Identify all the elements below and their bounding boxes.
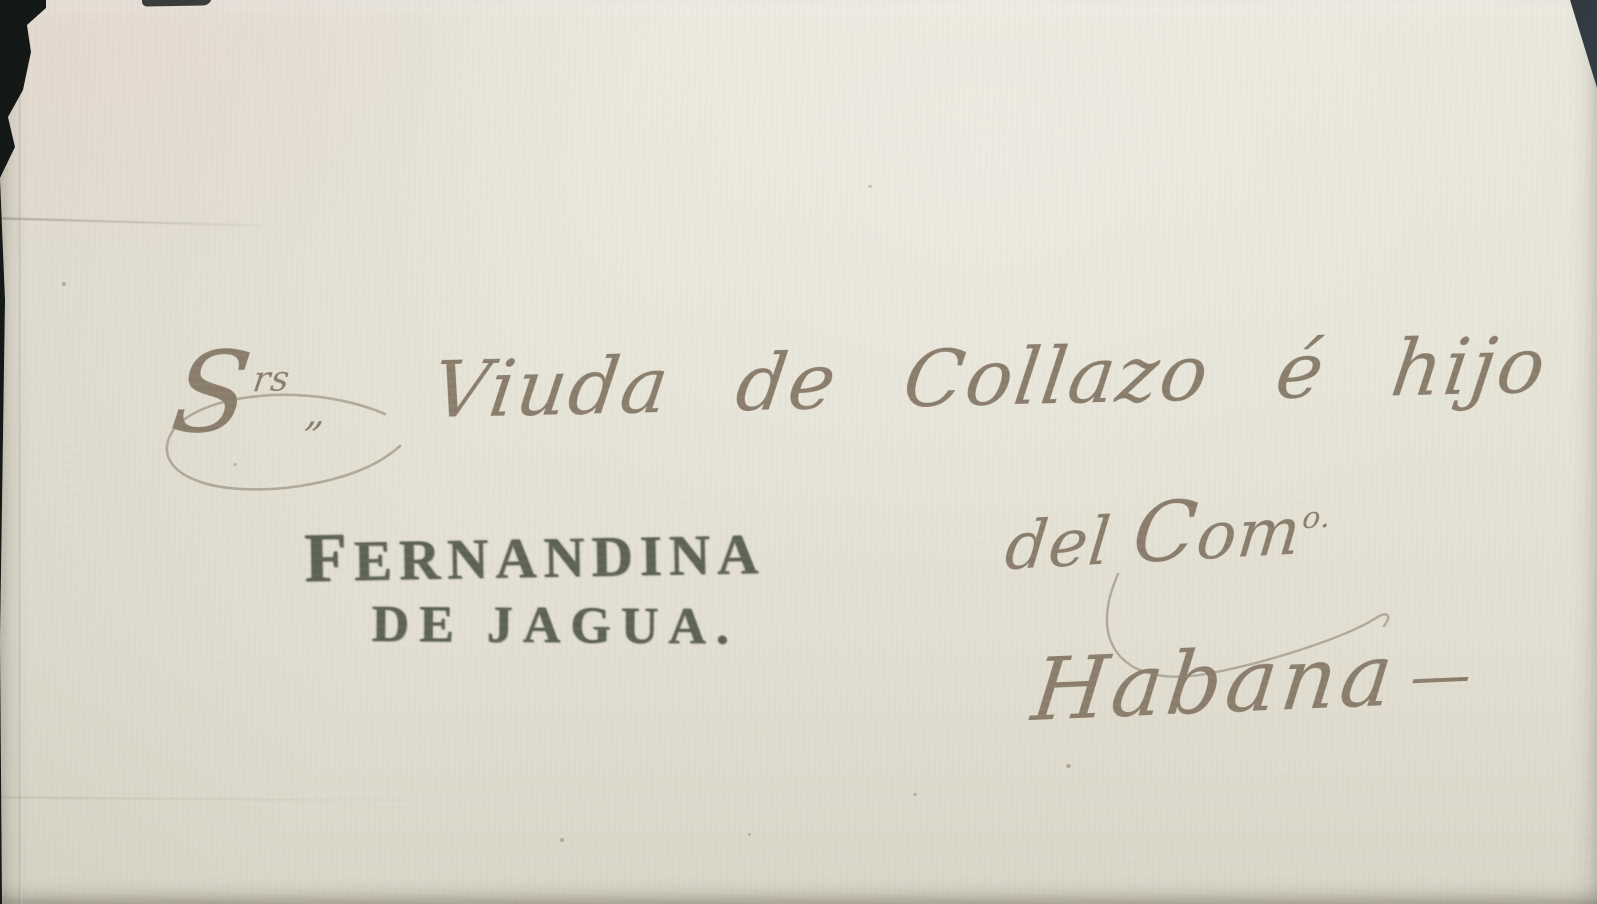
salutation-initial: S xyxy=(165,328,260,459)
ink-speck xyxy=(1066,764,1071,768)
address-line-city: Habana— xyxy=(1028,629,1480,734)
paper-fold-edge-left xyxy=(19,88,22,904)
fold-crease-bottom xyxy=(0,796,430,801)
salutation-superscript: rs xyxy=(250,358,292,400)
merchant-abbrev-text: om xyxy=(1193,492,1305,575)
trailing-dash-stroke: — xyxy=(1407,639,1479,712)
recipient-name-text: Viuda de Collazo é hijo xyxy=(427,321,1553,437)
fold-crease-top-left xyxy=(0,217,262,226)
paper-speck xyxy=(233,463,237,466)
merchant-prefix-text: del xyxy=(1002,501,1137,585)
paper-speck xyxy=(913,793,917,796)
paper-speck xyxy=(748,833,751,836)
postmark-town-line: FERNANDINA xyxy=(304,516,766,594)
merchant-capital-c: C xyxy=(1129,482,1203,582)
address-line-recipient: Srs „ Viuda de Collazo é hijo xyxy=(168,327,1552,436)
city-name: Habana xyxy=(1027,625,1402,741)
paper-speck xyxy=(560,838,564,842)
paper-speck xyxy=(62,282,66,286)
salutation-abbreviation-mark: „ xyxy=(303,390,331,436)
postmark-district-line: DE JAGUA. xyxy=(306,598,767,653)
folded-letter-paper: Srs „ Viuda de Collazo é hijo FERNANDINA… xyxy=(0,0,1597,904)
photo-of-postal-cover: Srs „ Viuda de Collazo é hijo FERNANDINA… xyxy=(0,0,1597,904)
postmark-fernandina-de-jagua: FERNANDINA DE JAGUA. xyxy=(304,516,767,656)
paper-speck xyxy=(868,185,872,188)
merchant-superscript: o. xyxy=(1301,499,1333,536)
address-line-merchant: del Como. xyxy=(1002,482,1335,582)
